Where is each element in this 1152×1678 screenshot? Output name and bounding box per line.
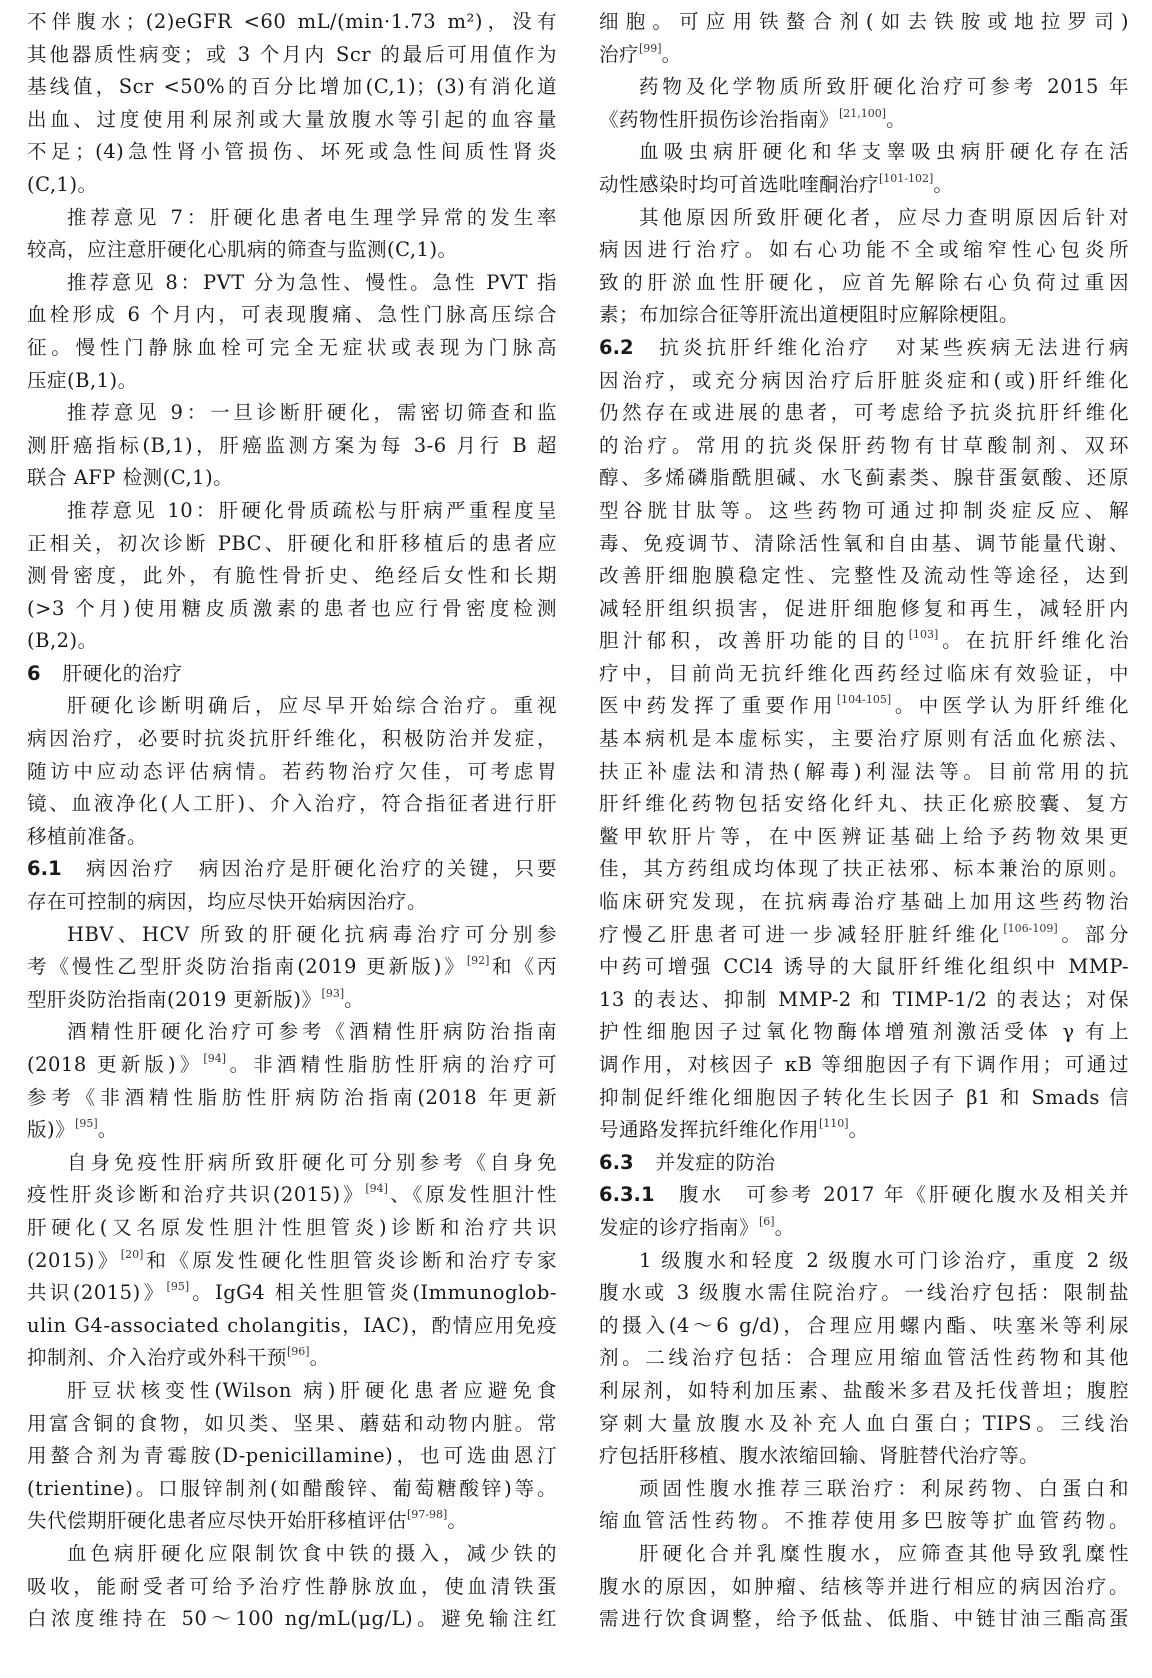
line-text-tail: 。非酒精性脂肪性肝病的治疗可 [226, 1053, 557, 1076]
text-line: 参考《非酒精性脂肪性肝病防治指南(2018 年更新 [27, 1082, 557, 1115]
line-text: 中药可增强 CCl4 诱导的大鼠肝纤维化组织中 MMP- [599, 955, 1129, 978]
text-line: 肝硬化诊断明确后，应尽早开始综合治疗。重视 [27, 690, 557, 723]
citation-reference: [103] [909, 628, 939, 641]
text-line: 号通路发挥抗纤维化作用[110]。 [599, 1114, 1129, 1147]
text-line: 共识(2015)》[95]。IgG4 相关性胆管炎(Immunoglob- [27, 1277, 557, 1310]
text-line: 减轻肝组织损害，促进肝细胞修复和再生，减轻肝内 [599, 593, 1129, 626]
line-text: 临床研究发现，在抗病毒治疗基础上加用这些药物治 [599, 890, 1129, 913]
line-text: 细胞。可应用铁螯合剂(如去铁胺或地拉罗司) [599, 10, 1129, 33]
line-text: 推荐意见 7：肝硬化患者电生理学异常的发生率 [67, 206, 557, 229]
text-line: 鳖甲软肝片等，在中医辨证基础上给予药物效果更 [599, 821, 1129, 854]
line-text-tail: 。 [886, 108, 906, 131]
citation-reference: [106-109] [1003, 922, 1057, 935]
line-text: 血吸虫病肝硬化和华支睾吸虫病肝硬化存在活 [639, 140, 1129, 163]
text-line: 肝豆状核变性(Wilson 病)肝硬化患者应避免食 [27, 1375, 557, 1408]
line-text-tail: 。部分 [1058, 923, 1129, 946]
line-text: 征。慢性门静脉血栓可完全无症状或表现为门脉高 [27, 336, 557, 359]
text-line: 疗包括肝移植、腹水浓缩回输、肾脏替代治疗等。 [599, 1440, 1129, 1473]
section-heading-line: 6.3.1腹水 可参考 2017 年《肝硬化腹水及相关并 [599, 1179, 1129, 1212]
text-line: 测骨密度，此外，有脆性骨折史、绝经后女性和长期 [27, 560, 557, 593]
section-heading-line: 6.3并发症的防治 [599, 1147, 1129, 1180]
line-text: 腹水 可参考 2017 年《肝硬化腹水及相关并 [677, 1183, 1129, 1206]
line-text: 顽固性腹水推荐三联治疗：利尿药物、白蛋白和 [639, 1477, 1129, 1500]
text-line: 型谷胱甘肽等。这些药物可通过抑制炎症反应、解 [599, 495, 1129, 528]
line-text: 穿刺大量放腹水及补充人血白蛋白；TIPS。三线治 [599, 1412, 1129, 1435]
document-page: 不伴腹水；(2)eGFR <60 mL/(min·1.73 m²)，没有其他器质… [0, 0, 1152, 1678]
line-text: 抑制促纤维化细胞因子转化生长因子 β1 和 Smads 信 [599, 1086, 1129, 1109]
line-text: 基本病机是本虚标实，主要治疗原则有活血化瘀法、 [599, 727, 1129, 750]
text-line: 存在可控制的病因，均应尽快开始病因治疗。 [27, 886, 557, 919]
text-line: 肝纤维化药物包括安络化纤丸、扶正化瘀胶囊、复方 [599, 788, 1129, 821]
line-text: 较高，应注意肝硬化心肌病的筛查与监测(C,1)。 [27, 238, 458, 261]
text-line: 考《慢性乙型肝炎防治指南(2019 更新版)》[92]和《丙 [27, 951, 557, 984]
line-text: 压症(B,1)。 [27, 369, 138, 392]
line-text: 疫性肝炎诊断和治疗共识(2015)》 [27, 1183, 365, 1206]
line-text: 的摄入(4～6 g/d)，合理应用螺内酯、呋塞米等利尿 [599, 1314, 1129, 1337]
text-line: 医中药发挥了重要作用[104-105]。中医学认为肝纤维化 [599, 690, 1129, 723]
citation-reference: [110] [819, 1117, 849, 1130]
text-line: 顽固性腹水推荐三联治疗：利尿药物、白蛋白和 [599, 1473, 1129, 1506]
line-text: 因治疗，或充分病因治疗后肝脏炎症和(或)肝纤维化 [599, 369, 1129, 392]
line-text: 型谷胱甘肽等。这些药物可通过抑制炎症反应、解 [599, 499, 1129, 522]
text-line: (C,1)。 [27, 169, 557, 202]
text-line: 穿刺大量放腹水及补充人血白蛋白；TIPS。三线治 [599, 1408, 1129, 1441]
line-text-tail: 。 [775, 1216, 795, 1239]
line-text: 存在可控制的病因，均应尽快开始病因治疗。 [27, 890, 427, 913]
line-text: 抑制剂、介入治疗或外科干预 [27, 1346, 287, 1369]
line-text: 不足；(4)急性肾小管损伤、坏死或急性间质性肾炎 [27, 140, 557, 163]
text-line: 吸收，能耐受者可给予治疗性静脉放血，使血清铁蛋 [27, 1571, 557, 1604]
line-text: HBV、HCV 所致的肝硬化抗病毒治疗可分别参 [67, 923, 557, 946]
text-line: 扶正补虚法和清热(解毒)利湿法等。目前常用的抗 [599, 756, 1129, 789]
line-text: 正相关，初次诊断 PBC、肝硬化和肝移植后的患者应 [27, 532, 557, 555]
line-text: 病因治疗 病因治疗是肝硬化治疗的关键，只要 [84, 857, 557, 880]
line-text: 1 级腹水和轻度 2 级腹水可门诊治疗，重度 2 级 [639, 1249, 1129, 1272]
line-text-tail: 。 [849, 1118, 869, 1141]
line-text-tail: 和《原发性硬化性胆管炎诊断和治疗专家 [143, 1249, 557, 1272]
line-text-tail: 。 [344, 988, 364, 1011]
line-text: 鳖甲软肝片等，在中医辨证基础上给予药物效果更 [599, 825, 1129, 848]
line-text-tail: 。 [447, 1509, 467, 1532]
text-line: 病因进行治疗。如右心功能不全或缩窄性心包炎所 [599, 234, 1129, 267]
line-text: 其他器质性病变；或 3 个月内 Scr 的最后可用值作为 [27, 43, 557, 66]
text-line: 病因治疗，必要时抗炎抗肝纤维化，积极防治并发症， [27, 723, 557, 756]
line-text: 测骨密度，此外，有脆性骨折史、绝经后女性和长期 [27, 564, 557, 587]
text-line: 白浓度维持在 50～100 ng/mL(μg/L)。避免输注红 [27, 1603, 557, 1636]
text-line: 镜、血液净化(人工肝)、介入治疗，符合指征者进行肝 [27, 788, 557, 821]
line-text: (2018 更新版)》 [27, 1053, 203, 1076]
line-text: 致的肝淤血性肝硬化，应首先解除右心负荷过重因 [599, 271, 1129, 294]
text-line: 型肝炎防治指南(2019 更新版)》[93]。 [27, 984, 557, 1017]
text-line: 致的肝淤血性肝硬化，应首先解除右心负荷过重因 [599, 267, 1129, 300]
line-text: 共识(2015)》 [27, 1281, 167, 1304]
citation-reference: [101-102] [879, 172, 933, 185]
text-line: 《药物性肝损伤诊治指南》[21,100]。 [599, 104, 1129, 137]
line-text-tail: 。在抗肝纤维化治 [938, 629, 1129, 652]
text-line: 推荐意见 7：肝硬化患者电生理学异常的发生率 [27, 202, 557, 235]
line-text: 调作用，对核因子 κB 等细胞因子有下调作用；可通过 [599, 1053, 1129, 1076]
line-text-tail: 和《丙 [489, 955, 557, 978]
line-text: 抗炎抗肝纤维化治疗 对某些疾病无法进行病 [656, 336, 1129, 359]
line-text: 剂。二线治疗包括：合理应用缩血管活性药物和其他 [599, 1346, 1129, 1369]
text-line: 腹水的原因，如肿瘤、结核等并进行相应的病因治疗。 [599, 1571, 1129, 1604]
text-line: (>3 个月)使用糖皮质激素的患者也应行骨密度检测 [27, 593, 557, 626]
text-line: 肝硬化合并乳糜性腹水，应筛查其他导致乳糜性 [599, 1538, 1129, 1571]
line-text: 佳，其方药组成均体现了扶正祛邪、标本兼治的原则。 [599, 857, 1129, 880]
text-line: 自身免疫性肝病所致肝硬化可分别参考《自身免 [27, 1147, 557, 1180]
line-text: 号通路发挥抗纤维化作用 [599, 1118, 819, 1141]
line-text: 移植前准备。 [27, 825, 147, 848]
line-text: 推荐意见 10：肝硬化骨质疏松与肝病严重程度呈 [67, 499, 557, 522]
line-text: 其他原因所致肝硬化者，应尽力查明原因后针对 [639, 206, 1129, 229]
text-line: 压症(B,1)。 [27, 365, 557, 398]
text-line: 调作用，对核因子 κB 等细胞因子有下调作用；可通过 [599, 1049, 1129, 1082]
line-text-tail: 。 [933, 173, 953, 196]
citation-reference: [20] [121, 1248, 144, 1261]
section-number: 6.3 [599, 1151, 634, 1174]
line-text: 自身免疫性肝病所致肝硬化可分别参考《自身免 [67, 1151, 557, 1174]
line-text: 推荐意见 8：PVT 分为急性、慢性。急性 PVT 指 [67, 271, 557, 294]
line-text: 醇、多烯磷脂酰胆碱、水飞蓟素类、腺苷蛋氨酸、还原 [599, 466, 1129, 489]
section-heading-line: 6.2抗炎抗肝纤维化治疗 对某些疾病无法进行病 [599, 332, 1129, 365]
citation-reference: [92] [467, 954, 490, 967]
text-line: 血吸虫病肝硬化和华支睾吸虫病肝硬化存在活 [599, 136, 1129, 169]
text-line: 疫性肝炎诊断和治疗共识(2015)》[94]、《原发性胆汁性 [27, 1179, 557, 1212]
text-line: 失代偿期肝硬化患者应尽快开始肝移植评估[97-98]。 [27, 1505, 557, 1538]
line-text: 版)》 [27, 1118, 75, 1141]
text-line: 基线值，Scr <50%的百分比增加(C,1)；(3)有消化道 [27, 71, 557, 104]
line-text: 腹水或 3 级腹水需住院治疗。一线治疗包括：限制盐 [599, 1281, 1129, 1304]
line-text: 基线值，Scr <50%的百分比增加(C,1)；(3)有消化道 [27, 75, 557, 98]
line-text-tail: 。 [310, 1346, 330, 1369]
text-line: 1 级腹水和轻度 2 级腹水可门诊治疗，重度 2 级 [599, 1245, 1129, 1278]
text-line: 用富含铜的食物，如贝类、坚果、蘑菇和动物内脏。常 [27, 1408, 557, 1441]
text-line: 较高，应注意肝硬化心肌病的筛查与监测(C,1)。 [27, 234, 557, 267]
text-line: 血栓形成 6 个月内，可表现腹痛、急性门脉高压综合 [27, 299, 557, 332]
line-text: 用螯合剂为青霉胺(D-penicillamine)，也可选曲恩汀 [27, 1444, 557, 1467]
text-line: 缩血管活性药物。不推荐使用多巴胺等扩血管药物。 [599, 1505, 1129, 1538]
line-text: 的治疗。常用的抗炎保肝药物有甘草酸制剂、双环 [599, 434, 1129, 457]
text-line: 正相关，初次诊断 PBC、肝硬化和肝移植后的患者应 [27, 528, 557, 561]
line-text: 镜、血液净化(人工肝)、介入治疗，符合指征者进行肝 [27, 792, 557, 815]
line-text: 随访中应动态评估病情。若药物治疗欠佳，可考虑胃 [27, 760, 557, 783]
text-line: 肝硬化(又名原发性胆汁性胆管炎)诊断和治疗共识 [27, 1212, 557, 1245]
section-heading-line: 6.1病因治疗 病因治疗是肝硬化治疗的关键，只要 [27, 853, 557, 886]
text-line: 细胞。可应用铁螯合剂(如去铁胺或地拉罗司) [599, 6, 1129, 39]
line-text: 酒精性肝硬化治疗可参考《酒精性肝病防治指南 [67, 1020, 557, 1043]
text-line: ulin G4-associated cholangitis，IAC)，酌情应用… [27, 1310, 557, 1343]
line-text: 《药物性肝损伤诊治指南》 [599, 108, 839, 131]
text-line: 药物及化学物质所致肝硬化治疗可参考 2015 年 [599, 71, 1129, 104]
text-line: 基本病机是本虚标实，主要治疗原则有活血化瘀法、 [599, 723, 1129, 756]
text-line: 不足；(4)急性肾小管损伤、坏死或急性间质性肾炎 [27, 136, 557, 169]
text-line: 其他原因所致肝硬化者，应尽力查明原因后针对 [599, 202, 1129, 235]
line-text: 护性细胞因子过氧化物酶体增殖剂激活受体 γ 有上 [599, 1020, 1129, 1043]
text-line: 版)》[95]。 [27, 1114, 557, 1147]
line-text: 并发症的防治 [656, 1151, 776, 1174]
text-line: 疗中，目前尚无抗纤维化西药经过临床有效验证，中 [599, 658, 1129, 691]
line-text-tail: 。IgG4 相关性胆管炎(Immunoglob- [189, 1281, 557, 1304]
line-text: 推荐意见 9：一旦诊断肝硬化，需密切筛查和监 [67, 401, 557, 424]
text-line: 抑制促纤维化细胞因子转化生长因子 β1 和 Smads 信 [599, 1082, 1129, 1115]
text-line: 因治疗，或充分病因治疗后肝脏炎症和(或)肝纤维化 [599, 365, 1129, 398]
line-text: 素；布加综合征等肝流出道梗阻时应解除梗阻。 [599, 303, 1019, 326]
line-text: 考《慢性乙型肝炎防治指南(2019 更新版)》 [27, 955, 467, 978]
text-line: 的摄入(4～6 g/d)，合理应用螺内酯、呋塞米等利尿 [599, 1310, 1129, 1343]
line-text: 13 的表达、抑制 MMP-2 和 TIMP-1/2 的表达；对保 [599, 988, 1129, 1011]
line-text: 胆汁郁积，改善肝功能的目的 [599, 629, 909, 652]
text-line: 护性细胞因子过氧化物酶体增殖剂激活受体 γ 有上 [599, 1016, 1129, 1049]
text-line: (2018 更新版)》[94]。非酒精性脂肪性肝病的治疗可 [27, 1049, 557, 1082]
text-line: 疗慢乙肝患者可进一步减轻肝脏纤维化[106-109]。部分 [599, 919, 1129, 952]
right-column: 细胞。可应用铁螯合剂(如去铁胺或地拉罗司)治疗[99]。药物及化学物质所致肝硬化… [599, 6, 1129, 1636]
citation-reference: [95] [167, 1280, 190, 1293]
line-text-tail: 。中医学认为肝纤维化 [891, 694, 1129, 717]
line-text: 药物及化学物质所致肝硬化治疗可参考 2015 年 [639, 75, 1129, 98]
citation-reference: [96] [287, 1345, 310, 1358]
text-line: 的治疗。常用的抗炎保肝药物有甘草酸制剂、双环 [599, 430, 1129, 463]
section-number: 6 [27, 662, 41, 685]
section-number: 6.2 [599, 336, 634, 359]
line-text: 血栓形成 6 个月内，可表现腹痛、急性门脉高压综合 [27, 303, 557, 326]
text-line: (B,2)。 [27, 625, 557, 658]
text-line: 胆汁郁积，改善肝功能的目的[103]。在抗肝纤维化治 [599, 625, 1129, 658]
line-text: 联合 AFP 检测(C,1)。 [27, 466, 233, 489]
line-text: 白浓度维持在 50～100 ng/mL(μg/L)。避免输注红 [27, 1607, 557, 1630]
text-line: 联合 AFP 检测(C,1)。 [27, 462, 557, 495]
line-text: 型肝炎防治指南(2019 更新版)》 [27, 988, 322, 1011]
text-line: 动性感染时均可首选吡喹酮治疗[101-102]。 [599, 169, 1129, 202]
citation-reference: [6] [759, 1215, 775, 1228]
line-text: 病因进行治疗。如右心功能不全或缩窄性心包炎所 [599, 238, 1129, 261]
line-text: 需进行饮食调整，给予低盐、低脂、中链甘油三酯高蛋 [599, 1607, 1129, 1630]
text-line: 仍然存在或进展的患者，可考虑给予抗炎抗肝纤维化 [599, 397, 1129, 430]
citation-reference: [94] [203, 1052, 226, 1065]
line-text: 毒、免疫调节、清除活性氧和自由基、调节能量代谢、 [599, 532, 1129, 555]
text-line: 出血、过度使用利尿剂或大量放腹水等引起的血容量 [27, 104, 557, 137]
line-text: 失代偿期肝硬化患者应尽快开始肝移植评估 [27, 1509, 407, 1532]
line-text: (trientine)。口服锌制剂(如醋酸锌、葡萄糖酸锌)等。 [27, 1477, 557, 1500]
text-line: 血色病肝硬化应限制饮食中铁的摄入，减少铁的 [27, 1538, 557, 1571]
line-text: ulin G4-associated cholangitis，IAC)，酌情应用… [27, 1314, 557, 1337]
text-line: 不伴腹水；(2)eGFR <60 mL/(min·1.73 m²)，没有 [27, 6, 557, 39]
line-text-tail: 。 [98, 1118, 118, 1141]
line-text: 吸收，能耐受者可给予治疗性静脉放血，使血清铁蛋 [27, 1575, 557, 1598]
line-text: 肝硬化诊断明确后，应尽早开始综合治疗。重视 [67, 694, 557, 717]
line-text: 肝硬化的治疗 [63, 662, 183, 685]
line-text: 肝硬化合并乳糜性腹水，应筛查其他导致乳糜性 [639, 1542, 1129, 1565]
text-line: 其他器质性病变；或 3 个月内 Scr 的最后可用值作为 [27, 39, 557, 72]
line-text: 肝硬化(又名原发性胆汁性胆管炎)诊断和治疗共识 [27, 1216, 557, 1239]
line-text: 血色病肝硬化应限制饮食中铁的摄入，减少铁的 [67, 1542, 557, 1565]
citation-reference: [99] [639, 42, 662, 55]
line-text: 扶正补虚法和清热(解毒)利湿法等。目前常用的抗 [599, 760, 1129, 783]
text-line: 醇、多烯磷脂酰胆碱、水飞蓟素类、腺苷蛋氨酸、还原 [599, 462, 1129, 495]
text-line: 13 的表达、抑制 MMP-2 和 TIMP-1/2 的表达；对保 [599, 984, 1129, 1017]
citation-reference: [93] [322, 987, 345, 1000]
line-text: 动性感染时均可首选吡喹酮治疗 [599, 173, 879, 196]
text-line: 治疗[99]。 [599, 39, 1129, 72]
text-line: 素；布加综合征等肝流出道梗阻时应解除梗阻。 [599, 299, 1129, 332]
line-text: 仍然存在或进展的患者，可考虑给予抗炎抗肝纤维化 [599, 401, 1129, 424]
text-line: 临床研究发现，在抗病毒治疗基础上加用这些药物治 [599, 886, 1129, 919]
line-text: 肝纤维化药物包括安络化纤丸、扶正化瘀胶囊、复方 [599, 792, 1129, 815]
citation-reference: [94] [365, 1182, 388, 1195]
line-text: 病因治疗，必要时抗炎抗肝纤维化，积极防治并发症， [27, 727, 557, 750]
section-number: 6.3.1 [599, 1183, 655, 1206]
line-text: 医中药发挥了重要作用 [599, 694, 837, 717]
text-line: (2015)》[20]和《原发性硬化性胆管炎诊断和治疗专家 [27, 1245, 557, 1278]
text-line: HBV、HCV 所致的肝硬化抗病毒治疗可分别参 [27, 919, 557, 952]
line-text: 治疗 [599, 43, 639, 66]
citation-reference: [95] [75, 1117, 98, 1130]
line-text: 利尿剂，如特利加压素、盐酸米多君及托伐普坦；腹腔 [599, 1379, 1129, 1402]
text-line: 移植前准备。 [27, 821, 557, 854]
line-text: 肝豆状核变性(Wilson 病)肝硬化患者应避免食 [67, 1379, 557, 1402]
section-number: 6.1 [27, 857, 62, 880]
text-line: 佳，其方药组成均体现了扶正祛邪、标本兼治的原则。 [599, 853, 1129, 886]
line-text: 疗慢乙肝患者可进一步减轻肝脏纤维化 [599, 923, 1003, 946]
line-text: 参考《非酒精性脂肪性肝病防治指南(2018 年更新 [27, 1086, 557, 1109]
text-line: 酒精性肝硬化治疗可参考《酒精性肝病防治指南 [27, 1016, 557, 1049]
line-text: 不伴腹水；(2)eGFR <60 mL/(min·1.73 m²)，没有 [27, 10, 557, 33]
line-text: (2015)》 [27, 1249, 121, 1272]
text-line: 中药可增强 CCl4 诱导的大鼠肝纤维化组织中 MMP- [599, 951, 1129, 984]
line-text: 腹水的原因，如肿瘤、结核等并进行相应的病因治疗。 [599, 1575, 1129, 1598]
text-line: 征。慢性门静脉血栓可完全无症状或表现为门脉高 [27, 332, 557, 365]
line-text: 疗包括肝移植、腹水浓缩回输、肾脏替代治疗等。 [599, 1444, 1039, 1467]
text-line: (trientine)。口服锌制剂(如醋酸锌、葡萄糖酸锌)等。 [27, 1473, 557, 1506]
citation-reference: [21,100] [839, 107, 886, 120]
line-text: 测肝癌指标(B,1)，肝癌监测方案为每 3-6 月行 B 超 [27, 434, 557, 457]
text-line: 改善肝细胞膜稳定性、完整性及流动性等途径，达到 [599, 560, 1129, 593]
citation-reference: [104-105] [837, 693, 891, 706]
line-text: (>3 个月)使用糖皮质激素的患者也应行骨密度检测 [27, 597, 557, 620]
text-line: 抑制剂、介入治疗或外科干预[96]。 [27, 1342, 557, 1375]
text-line: 腹水或 3 级腹水需住院治疗。一线治疗包括：限制盐 [599, 1277, 1129, 1310]
line-text: 缩血管活性药物。不推荐使用多巴胺等扩血管药物。 [599, 1509, 1129, 1532]
line-text: 用富含铜的食物，如贝类、坚果、蘑菇和动物内脏。常 [27, 1412, 557, 1435]
text-line: 需进行饮食调整，给予低盐、低脂、中链甘油三酯高蛋 [599, 1603, 1129, 1636]
citation-reference: [97-98] [407, 1508, 447, 1521]
line-text: (C,1)。 [27, 173, 98, 196]
text-line: 剂。二线治疗包括：合理应用缩血管活性药物和其他 [599, 1342, 1129, 1375]
text-line: 推荐意见 10：肝硬化骨质疏松与肝病严重程度呈 [27, 495, 557, 528]
line-text-tail: 、《原发性胆汁性 [388, 1183, 557, 1206]
line-text: 发症的诊疗指南》 [599, 1216, 759, 1239]
text-line: 毒、免疫调节、清除活性氧和自由基、调节能量代谢、 [599, 528, 1129, 561]
text-line: 测肝癌指标(B,1)，肝癌监测方案为每 3-6 月行 B 超 [27, 430, 557, 463]
line-text: (B,2)。 [27, 629, 98, 652]
text-line: 发症的诊疗指南》[6]。 [599, 1212, 1129, 1245]
text-line: 用螯合剂为青霉胺(D-penicillamine)，也可选曲恩汀 [27, 1440, 557, 1473]
line-text: 改善肝细胞膜稳定性、完整性及流动性等途径，达到 [599, 564, 1129, 587]
line-text: 出血、过度使用利尿剂或大量放腹水等引起的血容量 [27, 108, 557, 131]
text-line: 利尿剂，如特利加压素、盐酸米多君及托伐普坦；腹腔 [599, 1375, 1129, 1408]
line-text: 减轻肝组织损害，促进肝细胞修复和再生，减轻肝内 [599, 597, 1129, 620]
section-heading-line: 6肝硬化的治疗 [27, 658, 557, 691]
line-text-tail: 。 [662, 43, 682, 66]
line-text: 疗中，目前尚无抗纤维化西药经过临床有效验证，中 [599, 662, 1129, 685]
text-line: 推荐意见 9：一旦诊断肝硬化，需密切筛查和监 [27, 397, 557, 430]
text-line: 随访中应动态评估病情。若药物治疗欠佳，可考虑胃 [27, 756, 557, 789]
left-column: 不伴腹水；(2)eGFR <60 mL/(min·1.73 m²)，没有其他器质… [27, 6, 557, 1636]
text-line: 推荐意见 8：PVT 分为急性、慢性。急性 PVT 指 [27, 267, 557, 300]
